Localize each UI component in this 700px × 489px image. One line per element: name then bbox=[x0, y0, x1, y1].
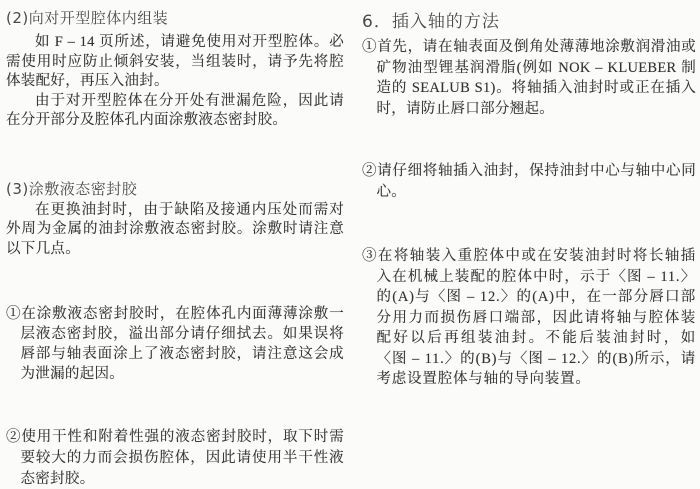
section-6-item-2: ②请仔细将轴插入油封，保持油封中心与轴中心同心。 bbox=[362, 161, 696, 202]
section-2-heading: (2)向对开型腔体内组装 bbox=[6, 8, 344, 29]
scanned-manual-page: (2)向对开型腔体内组装 如 F – 14 页所述，请避免使用对开型腔体。必需使… bbox=[0, 0, 700, 489]
section-3-intro: 在更换油封时，由于缺陷及接通内压处而需对外周为金属的油封涂敷液态密封胶。涂敷时请… bbox=[6, 201, 344, 260]
left-column: (2)向对开型腔体内组装 如 F – 14 页所述，请避免使用对开型腔体。必需使… bbox=[6, 8, 344, 489]
section-6-item-1: ①首先，请在轴表面及倒角处薄薄地涂敷润滑油或矿物油型锂基润滑脂(例如 NOK –… bbox=[362, 37, 696, 119]
section-2-paragraph-1: 如 F – 14 页所述，请避免使用对开型腔体。必需使用时应防止倾斜安装，当组装… bbox=[6, 33, 344, 92]
section-3-heading: (3)涂敷液态密封胶 bbox=[6, 179, 344, 200]
section-3-item-1: ①在涂敷液态密封胶时，在腔体孔内面薄薄涂敷一层液态密封胶，溢出部分请仔细拭去。如… bbox=[6, 304, 344, 384]
section-3-item-2: ②使用干性和附着性强的液态密封胶时，取下时需要较大的力而会损伤腔体，因此请使用半… bbox=[6, 427, 344, 489]
section-6-heading: 6．插入轴的方法 bbox=[362, 10, 696, 34]
right-column: 6．插入轴的方法 ①首先，请在轴表面及倒角处薄薄地涂敷润滑油或矿物油型锂基润滑脂… bbox=[362, 8, 696, 390]
section-2-paragraph-2: 由于对开型腔体在分开处有泄漏危险，因此请在分开部分及腔体孔内面涂敷液态密封胶。 bbox=[6, 92, 344, 131]
section-6-item-3: ③在将轴装入重腔体中或在安装油封时将长轴插入在机械上装配的腔体中时，示于〈图 –… bbox=[362, 246, 696, 390]
